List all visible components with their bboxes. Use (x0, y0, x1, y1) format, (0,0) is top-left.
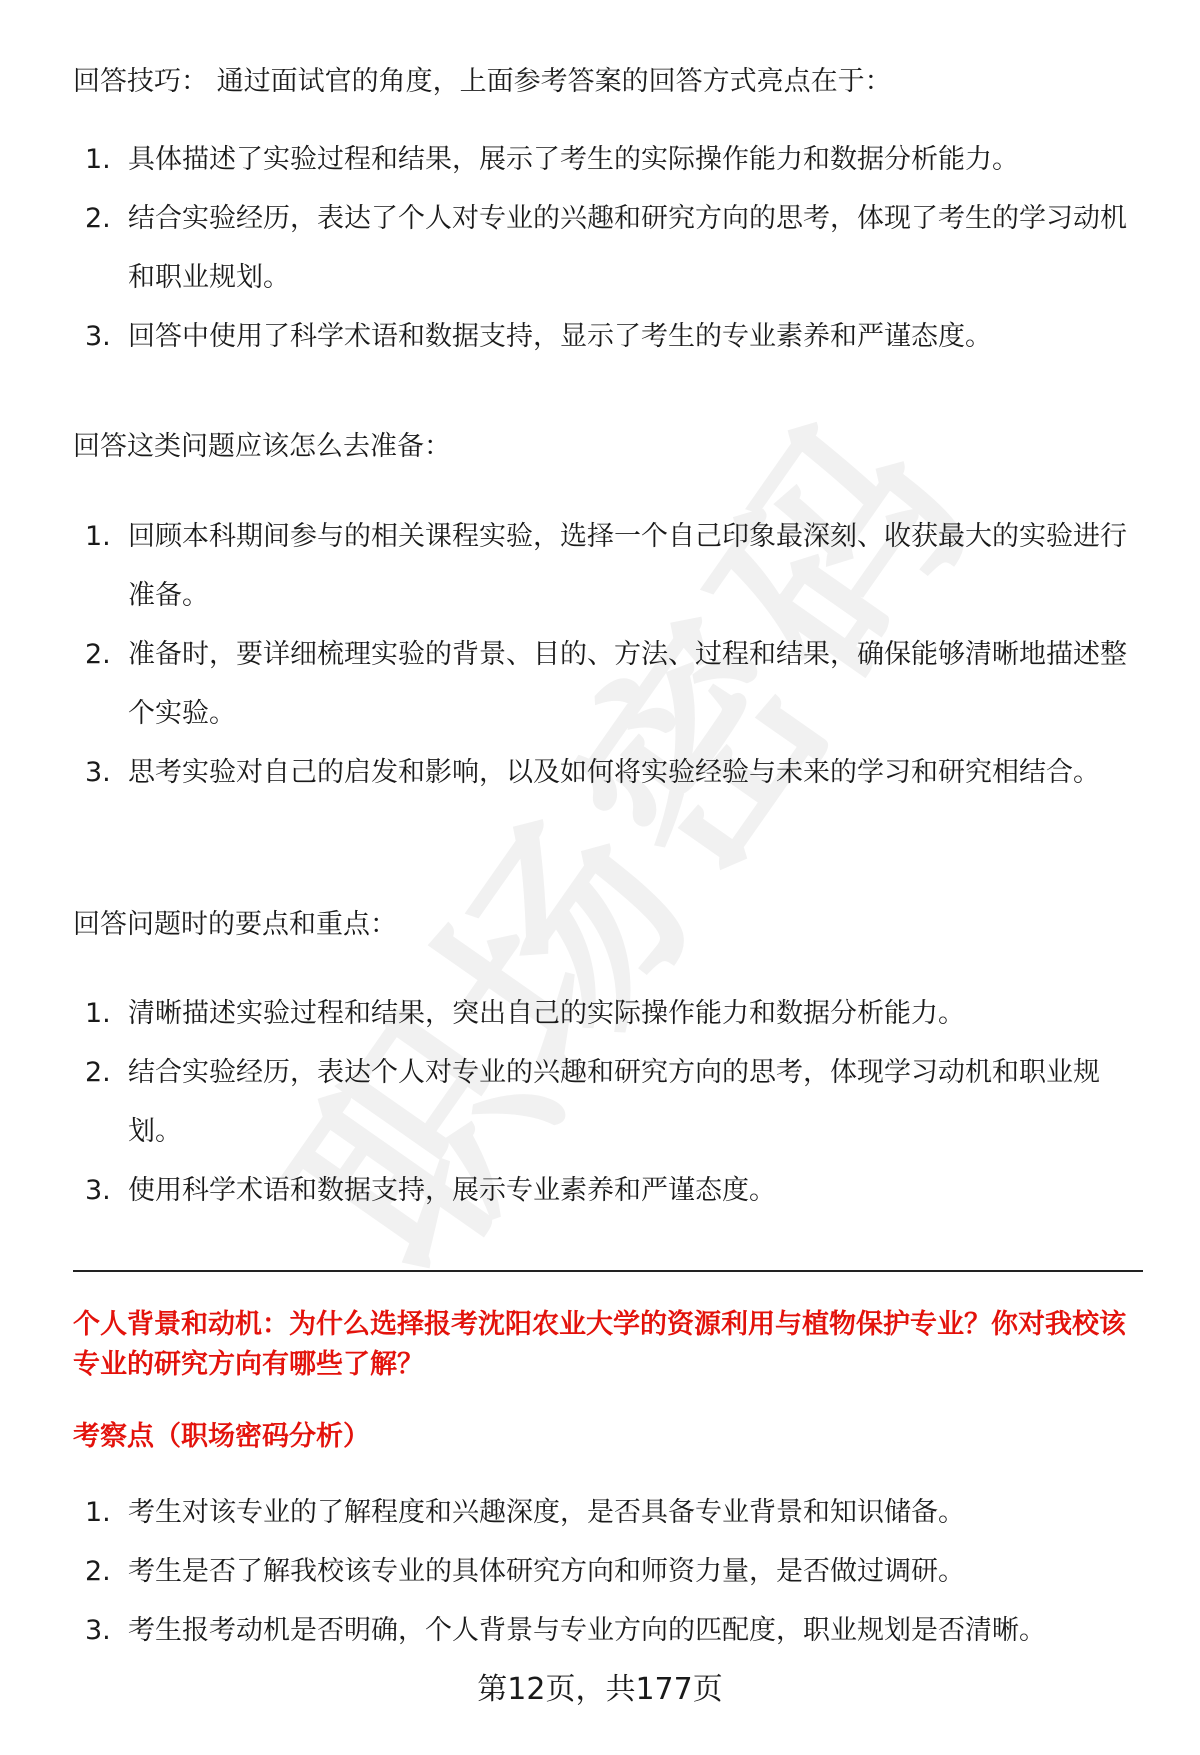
list-item: 3.回答中使用了科学术语和数据支持，显示了考生的专业素养和严谨态度。 (73, 307, 1143, 366)
list-item: 2.结合实验经历，表达了个人对专业的兴趣和研究方向的思考，体现了考生的学习动机和… (73, 189, 1143, 307)
list-item: 1.具体描述了实验过程和结果，展示了考生的实际操作能力和数据分析能力。 (73, 130, 1143, 189)
page-number: 第12页，共177页 (0, 1670, 1200, 1710)
list-item: 2.考生是否了解我校该专业的具体研究方向和师资力量，是否做过调研。 (73, 1542, 1143, 1601)
watermark: 职场密码 (75, 301, 1165, 1440)
list-item: 3.使用科学术语和数据支持，展示专业素养和严谨态度。 (73, 1161, 1143, 1220)
list-item: 3.考生报考动机是否明确，个人背景与专业方向的匹配度，职业规划是否清晰。 (73, 1601, 1143, 1660)
question-title: 个人背景和动机：为什么选择报考沈阳农业大学的资源利用与植物保护专业？你对我校该专… (73, 1305, 1143, 1385)
key-points-list: 1.清晰描述实验过程和结果，突出自己的实际操作能力和数据分析能力。 2.结合实验… (73, 984, 1143, 1220)
document-page: 职场密码 回答技巧： 通过面试官的角度，上面参考答案的回答方式亮点在于： 1.具… (0, 0, 1200, 1755)
tips-list: 1.具体描述了实验过程和结果，展示了考生的实际操作能力和数据分析能力。 2.结合… (73, 130, 1143, 366)
list-item: 2.结合实验经历，表达个人对专业的兴趣和研究方向的思考，体现学习动机和职业规划。 (73, 1043, 1143, 1161)
list-item: 1.回顾本科期间参与的相关课程实验，选择一个自己印象最深刻、收获最大的实验进行准… (73, 507, 1143, 625)
section-heading-preparation: 回答这类问题应该怎么去准备： (73, 427, 451, 467)
section-divider (73, 1270, 1143, 1272)
list-item: 1.考生对该专业的了解程度和兴趣深度，是否具备专业背景和知识储备。 (73, 1483, 1143, 1542)
question-subtitle: 考察点（职场密码分析） (73, 1417, 1143, 1457)
section-heading-key-points: 回答问题时的要点和重点： (73, 905, 397, 945)
section-heading-tips: 回答技巧： 通过面试官的角度，上面参考答案的回答方式亮点在于： (73, 62, 892, 102)
list-item: 2.准备时，要详细梳理实验的背景、目的、方法、过程和结果，确保能够清晰地描述整个… (73, 625, 1143, 743)
list-item: 1.清晰描述实验过程和结果，突出自己的实际操作能力和数据分析能力。 (73, 984, 1143, 1043)
assessment-points-list: 1.考生对该专业的了解程度和兴趣深度，是否具备专业背景和知识储备。 2.考生是否… (73, 1483, 1143, 1660)
preparation-list: 1.回顾本科期间参与的相关课程实验，选择一个自己印象最深刻、收获最大的实验进行准… (73, 507, 1143, 802)
list-item: 3.思考实验对自己的启发和影响，以及如何将实验经验与未来的学习和研究相结合。 (73, 743, 1143, 802)
